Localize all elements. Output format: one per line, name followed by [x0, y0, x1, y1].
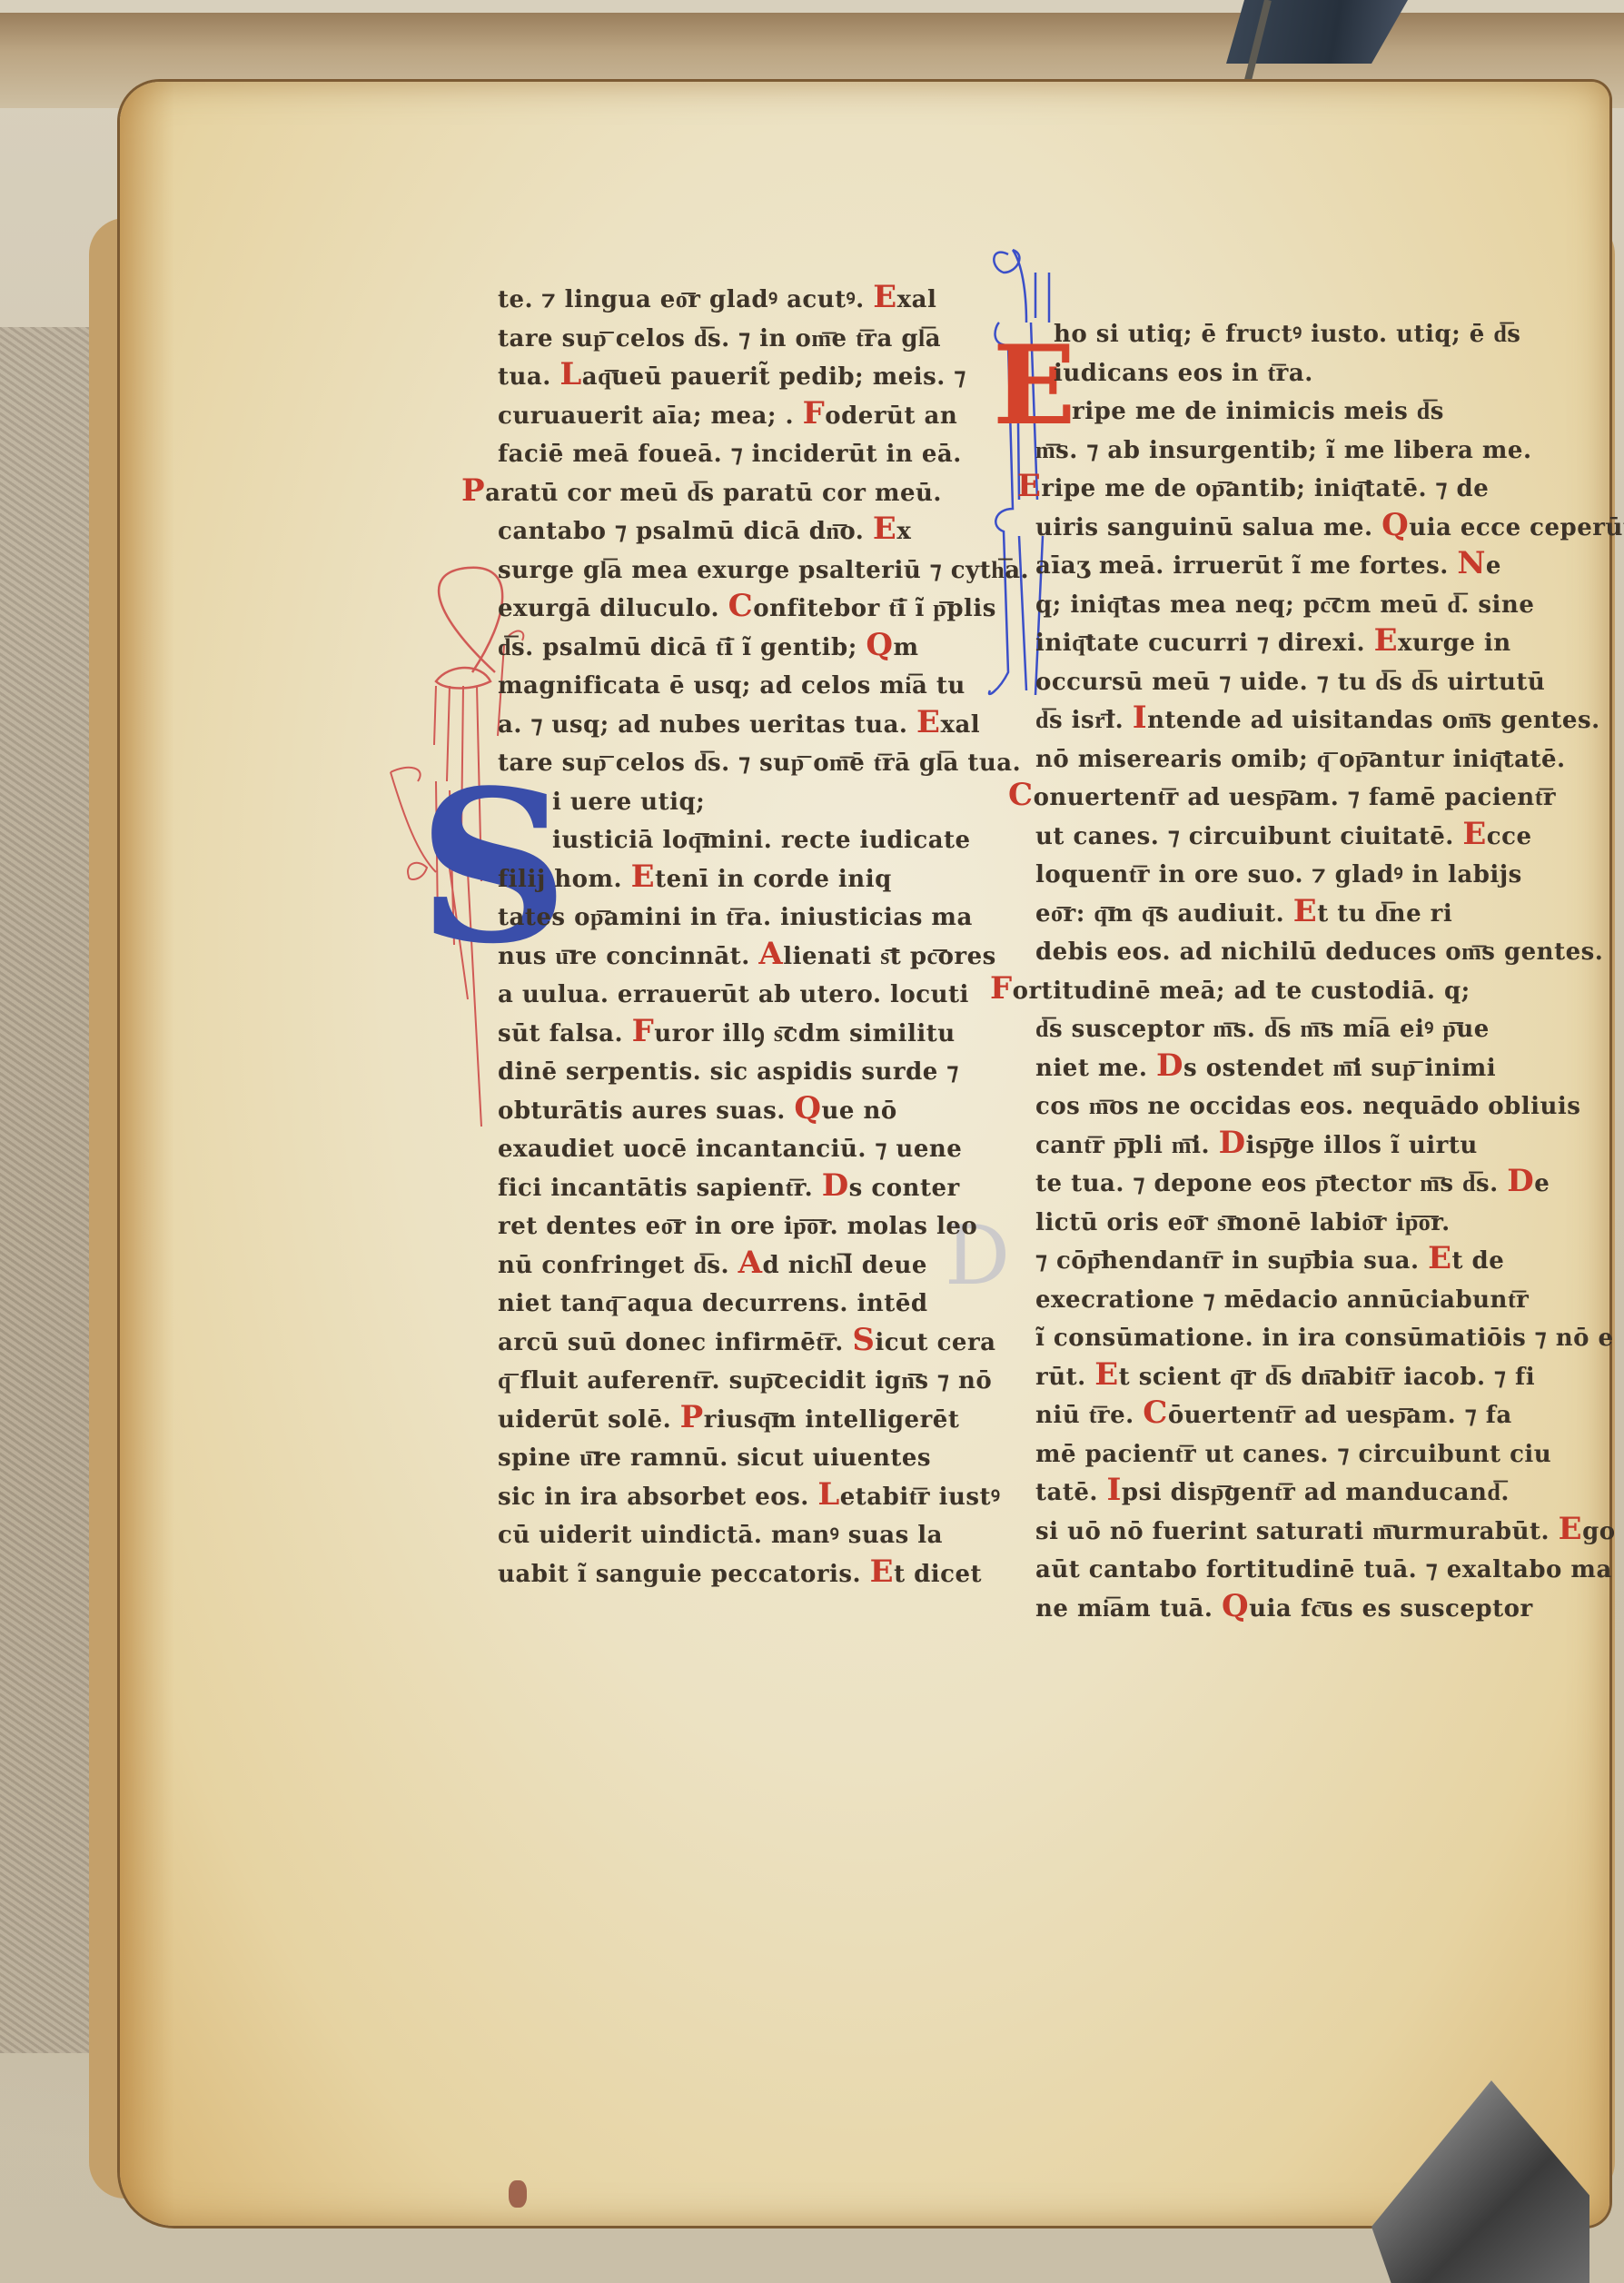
line-text: ret dentes eo͞r in ore ip͞o͞r. molas leo: [498, 1213, 977, 1240]
line-text: arcū suū donec infirmēt͞r.: [498, 1329, 852, 1356]
line-text: nus u͞re concinnāt.: [498, 943, 758, 970]
rubricated-initial: I: [1107, 1472, 1122, 1508]
text-line: niū t͞re. Cōuertent͞r ad uesp͞am. ⁊ fa: [1035, 1399, 1512, 1429]
text-line: aūt cantabo fortitudinē tuā. ⁊ exaltabo …: [1035, 1553, 1612, 1583]
rubricated-initial: E: [870, 1553, 894, 1590]
text-line: sic in ira absorbet eos. Letabit͞r iustꝰ: [498, 1481, 1000, 1511]
line-text: iusticiā loq͞mini. recte iudicate: [552, 827, 971, 854]
rubricated-initial: P: [680, 1399, 704, 1435]
text-line: Conuertent͞r ad uesp͞am. ⁊ famē pacient͞…: [1008, 781, 1556, 811]
text-line: rūt. Et scient q͞r d͞s dn͞abit͞r iacob. …: [1035, 1361, 1535, 1391]
rubricated-initial: L: [817, 1476, 839, 1513]
text-line: nō miserearis omib; q͞ op͞antur iniq͞tat…: [1035, 743, 1566, 773]
text-line: faciē meā foueā. ⁊ inciderūt in eā.: [498, 438, 962, 468]
line-text: cos m͞os ne occidas eos. nequādo obliuis: [1035, 1093, 1580, 1120]
rubricated-initial: F: [632, 1013, 655, 1049]
line-text: lienati s͞t pc͞ores: [783, 943, 996, 970]
text-line: ut canes. ⁊ circuibunt ciuitatē. Ecce: [1035, 820, 1532, 850]
line-text: obturātis aures suas.: [498, 1097, 794, 1125]
text-line: d͞s susceptor m͞s. d͞s m͞s mi͞a eiꝰ p͞ue: [1035, 1013, 1490, 1043]
text-line: sūt falsa. Furor illꝯ s͞cdm similitu: [498, 1017, 956, 1047]
rubricated-initial: S: [852, 1322, 875, 1358]
line-text: nū confringet d͞s.: [498, 1252, 738, 1279]
text-line: surge gl͞a mea exurge psalteriū ⁊ cyth͞a…: [498, 554, 1029, 584]
ink-stain: [509, 2180, 527, 2208]
line-text: e: [1534, 1170, 1550, 1197]
line-text: ho si utiq; ē fructꝰ iusto. utiq; ē d͞s: [1054, 321, 1520, 348]
line-text: a uulua. errauerūt ab utero. locuti: [498, 981, 969, 1008]
text-line: niet me. Ds ostendet m͞i sup͞ inimi: [1035, 1052, 1496, 1082]
line-text: surge gl͞a mea exurge psalteriū ⁊ cyth͞a…: [498, 557, 1029, 584]
line-text: d͞s susceptor m͞s. d͞s m͞s mi͞a eiꝰ p͞ue: [1035, 1016, 1490, 1043]
text-line: eo͞r: q͞m q͞s audiuit. Et tu d͞ne ri: [1035, 898, 1452, 928]
text-line: uabit ĩ sanguie peccatoris. Et dicet: [498, 1558, 982, 1588]
rubricated-initial: D: [822, 1167, 849, 1204]
text-line: Fortitudinē meā; ad te custodiā. q;: [990, 975, 1471, 1005]
line-text: sūt falsa.: [498, 1020, 632, 1047]
rubricated-initial: F: [803, 395, 826, 432]
text-line: loquent͞r in ore suo. ⁊ gladꝰ in labijs: [1035, 859, 1522, 888]
line-text: tates op͞amini in t͞ra. iniusticias ma: [498, 904, 973, 931]
text-line: te. ⁊ lingua eo͞r gladꝰ acutꝰ. Exal: [498, 283, 936, 313]
text-line: q͞ fluit auferent͞r. sup͞cecidit ign͞s ⁊…: [498, 1365, 992, 1395]
text-line: execratione ⁊ mēdacio annūciabunt͞r: [1035, 1284, 1529, 1314]
right-text-column: ho si utiq; ē fructꝰ iusto. utiq; ē d͞si…: [1035, 318, 1526, 1635]
line-text: curuauerit aīa; mea; .: [498, 402, 803, 430]
line-text: d nich͞l deue: [762, 1252, 926, 1279]
text-line: a. ⁊ usq; ad nubes ueritas tua. Exal: [498, 709, 980, 739]
line-text: mē pacient͞r ut canes. ⁊ circuibunt ciu: [1035, 1441, 1551, 1468]
line-text: iniq͞tate cucurri ⁊ direxi.: [1035, 630, 1374, 657]
rubricated-initial: E: [916, 704, 940, 740]
line-text: tare sup͞ celos d͞s. ⁊ sup͞ om͞ē t͞rā gl…: [498, 749, 1021, 777]
text-line: occursū meū ⁊ uide. ⁊ tu d͞s d͞s uirtutū: [1035, 666, 1545, 696]
rubricated-initial: F: [990, 970, 1013, 1007]
line-text: psi disp͞gent͞r ad manducand͞.: [1122, 1479, 1510, 1506]
line-text: s conter: [849, 1175, 960, 1202]
line-text: d͞s. psalmū dicā t͞i ĩ gentib;: [498, 634, 866, 661]
rubricated-initial: C: [1008, 777, 1034, 813]
text-line: exaudiet uocē incantanciū. ⁊ uene: [498, 1133, 962, 1163]
rubricated-initial: A: [758, 936, 783, 972]
line-text: aīaʒ meā. irruerūt ĩ me fortes.: [1035, 552, 1457, 580]
text-line: filij hom. Etenī in corde iniq: [498, 863, 892, 893]
line-text: xurge in: [1398, 630, 1511, 657]
text-line: tare sup͞ celos d͞s. ⁊ sup͞ om͞ē t͞rā gl…: [498, 747, 1021, 777]
text-line: q; iniq͞tas mea neq; pc͞cm meū d͞. sine: [1035, 589, 1534, 619]
rubricated-initial: E: [873, 511, 896, 547]
line-text: fici incantātis sapient͞r.: [498, 1175, 822, 1202]
text-line: ret dentes eo͞r in ore ip͞o͞r. molas leo: [498, 1210, 977, 1240]
text-line: d͞s isr͞l. Intende ad uisitandas om͞s ge…: [1035, 704, 1600, 734]
line-text: si uō nō fuerint saturati m͞urmurabūt.: [1035, 1518, 1559, 1545]
rubricated-initial: E: [1374, 622, 1398, 659]
line-text: te. ⁊ lingua eo͞r gladꝰ acutꝰ.: [498, 286, 873, 313]
line-text: uror illꝯ s͞cdm similitu: [654, 1020, 955, 1047]
line-text: xal: [940, 711, 980, 739]
line-text: uiderūt solē.: [498, 1406, 680, 1434]
text-line: spine u͞re ramnū. sicut uiuentes: [498, 1442, 931, 1472]
line-text: cant͞r p͞pli m͞i.: [1035, 1132, 1219, 1159]
rubricated-initial: D: [1156, 1047, 1183, 1084]
rubricated-initial: A: [738, 1245, 763, 1281]
rubricated-initial: E: [1462, 816, 1486, 852]
line-text: aūt cantabo fortitudinē tuā. ⁊ exaltabo …: [1035, 1556, 1612, 1583]
line-text: iudicans eos in t͞ra.: [1054, 360, 1313, 387]
rubricated-initial: P: [461, 472, 485, 509]
text-line: Paratū cor meū d͞s paratū cor meū.: [461, 477, 942, 507]
line-text: niet me.: [1035, 1055, 1156, 1082]
text-line: m͞s. ⁊ ab insurgentib; ĩ me libera me.: [1035, 434, 1532, 464]
rubricated-initial: E: [631, 859, 655, 895]
text-line: ⁊ cōp͞hendant͞r in sup͞bia sua. Et de: [1035, 1245, 1504, 1275]
line-text: tua.: [498, 363, 559, 391]
line-text: d͞s isr͞l.: [1035, 707, 1133, 734]
line-text: ōuertent͞r ad uesp͞am. ⁊ fa: [1168, 1402, 1512, 1429]
rubricated-initial: E: [1559, 1511, 1582, 1547]
line-text: eo͞r: q͞m q͞s audiuit.: [1035, 900, 1293, 928]
line-text: tatē.: [1035, 1479, 1107, 1506]
line-text: t de: [1452, 1247, 1505, 1275]
line-text: t tu d͞ne ri: [1317, 900, 1452, 928]
line-text: faciē meā foueā. ⁊ inciderūt in eā.: [498, 441, 962, 468]
binding-board-left: [0, 327, 100, 2053]
text-line: cos m͞os ne occidas eos. nequādo obliuis: [1035, 1090, 1580, 1120]
line-text: uabit ĩ sanguie peccatoris.: [498, 1561, 870, 1588]
line-text: ut canes. ⁊ circuibunt ciuitatē.: [1035, 823, 1462, 850]
line-text: aq͞ueū pauerit̃ pedib; meis. ⁊: [582, 363, 966, 391]
rubricated-initial: L: [559, 356, 581, 392]
text-line: niet tanq͞ aqua decurrens. intēd: [498, 1287, 928, 1317]
text-line: nū confringet d͞s. Ad nich͞l deue: [498, 1249, 927, 1279]
line-text: cū uiderit uindictā. manꝰ suas la: [498, 1522, 943, 1549]
text-line: si uō nō fuerint saturati m͞urmurabūt. E…: [1035, 1515, 1616, 1545]
line-text: magnificata ē usq; ad celos mi͞a tu: [498, 672, 965, 700]
line-text: go: [1582, 1518, 1616, 1545]
line-text: q; iniq͞tas mea neq; pc͞cm meū d͞. sine: [1035, 591, 1534, 619]
line-text: niū t͞re.: [1035, 1402, 1143, 1429]
rubricated-initial: E: [1293, 893, 1317, 929]
rubricated-initial: E: [873, 279, 896, 315]
text-line: iusticiā loq͞mini. recte iudicate: [552, 824, 971, 854]
text-line: cant͞r p͞pli m͞i. Disp͞ge illos ĩ uirtu: [1035, 1129, 1478, 1159]
line-text: e: [1486, 552, 1501, 580]
rubricated-initial: C: [1143, 1395, 1168, 1431]
rubricated-initial: Q: [794, 1090, 821, 1127]
text-line: tare sup͞ celos d͞s. ⁊ in om͞e t͞ra gl͞a: [498, 323, 941, 352]
text-line: Eripe me de op͞antib; iniq͞tatē. ⁊ de: [1017, 472, 1489, 502]
line-text: ortitudinē meā; ad te custodiā. q;: [1013, 978, 1471, 1005]
text-line: i uere utiq;: [552, 786, 705, 816]
line-text: t scient q͞r d͞s dn͞abit͞r iacob. ⁊ fi: [1119, 1364, 1535, 1391]
rubricated-initial: I: [1133, 700, 1147, 736]
line-text: tenī in corde iniq: [655, 866, 892, 893]
line-text: lictū oris eo͞r s͞monē labio͞r ip͞o͞r.: [1035, 1209, 1451, 1236]
text-line: nus u͞re concinnāt. Alienati s͞t pc͞ores: [498, 940, 996, 970]
line-text: s ostendet m͞i sup͞ inimi: [1183, 1055, 1496, 1082]
line-text: isp͞ge illos ĩ uirtu: [1246, 1132, 1478, 1159]
text-line: uiderūt solē. Priusq͞m intelligerēt: [498, 1404, 959, 1434]
line-text: dinē serpentis. sic aspidis surde ⁊: [498, 1058, 959, 1086]
left-text-column: te. ⁊ lingua eo͞r gladꝰ acutꝰ. Exaltare …: [498, 283, 970, 1610]
text-line: lictū oris eo͞r s͞monē labio͞r ip͞o͞r.: [1035, 1206, 1451, 1236]
line-text: tare sup͞ celos d͞s. ⁊ in om͞e t͞ra gl͞a: [498, 325, 941, 352]
line-text: ĩ consūmatione. in ira consūmatiōis ⁊ nō…: [1035, 1325, 1614, 1352]
line-text: ripe me de op͞antib; iniq͞tatē. ⁊ de: [1041, 475, 1489, 502]
line-text: te tua. ⁊ depone eos p͞tector m͞s d͞s.: [1035, 1170, 1507, 1197]
text-line: ĩ consūmatione. in ira consūmatiōis ⁊ nō…: [1035, 1322, 1614, 1352]
line-text: niet tanq͞ aqua decurrens. intēd: [498, 1290, 928, 1317]
text-line: ho si utiq; ē fructꝰ iusto. utiq; ē d͞s: [1054, 318, 1520, 348]
rubricated-initial: N: [1457, 545, 1486, 581]
text-line: fici incantātis sapient͞r. Ds conter: [498, 1172, 960, 1202]
text-line: magnificata ē usq; ad celos mi͞a tu: [498, 670, 965, 700]
line-text: uia fc͞us es susceptor: [1249, 1595, 1533, 1623]
text-line: obturātis aures suas. Que nō: [498, 1095, 897, 1125]
rubricated-initial: C: [728, 588, 754, 624]
line-text: ntende ad uisitandas om͞s gentes.: [1147, 707, 1600, 734]
text-line: tua. Laq͞ueū pauerit̃ pedib; meis. ⁊: [498, 361, 966, 391]
text-line: te tua. ⁊ depone eos p͞tector m͞s d͞s. D…: [1035, 1167, 1550, 1197]
text-line: uiris sanguinū salua me. Quia ecce ceper…: [1035, 511, 1624, 541]
rubricated-initial: Q: [1381, 507, 1409, 543]
text-line: debis eos. ad nichilū deduces om͞s gente…: [1035, 936, 1603, 966]
text-line: aīaʒ meā. irruerūt ĩ me fortes. Ne: [1035, 550, 1501, 580]
line-text: onfitebor t͞i ĩ p͞plis: [753, 595, 996, 622]
line-text: cantabo ⁊ psalmū dicā dn͞o.: [498, 518, 873, 545]
line-text: ue nō: [822, 1097, 897, 1125]
line-text: q͞ fluit auferent͞r. sup͞cecidit ign͞s ⁊…: [498, 1367, 992, 1395]
line-text: spine u͞re ramnū. sicut uiuentes: [498, 1444, 931, 1472]
line-text: x: [896, 518, 911, 545]
line-text: exurgā diluculo.: [498, 595, 728, 622]
line-text: loquent͞r in ore suo. ⁊ gladꝰ in labijs: [1035, 861, 1522, 888]
line-text: xal: [897, 286, 937, 313]
line-text: uia ecce ceperūt: [1409, 514, 1624, 541]
line-text: onuertent͞r ad uesp͞am. ⁊ famē pacient͞r: [1034, 784, 1556, 811]
line-text: ne mi͞am tuā.: [1035, 1595, 1222, 1623]
line-text: occursū meū ⁊ uide. ⁊ tu d͞s d͞s uirtutū: [1035, 669, 1545, 696]
text-line: tatē. Ipsi disp͞gent͞r ad manducand͞.: [1035, 1476, 1510, 1506]
line-text: ⁊ cōp͞hendant͞r in sup͞bia sua.: [1035, 1247, 1428, 1275]
text-line: exurgā diluculo. Confitebor t͞i ĩ p͞plis: [498, 592, 996, 622]
text-line: mē pacient͞r ut canes. ⁊ circuibunt ciu: [1035, 1438, 1551, 1468]
line-text: aratū cor meū d͞s paratū cor meū.: [485, 480, 942, 507]
leaf-edge-stain: [120, 82, 174, 2226]
line-text: a. ⁊ usq; ad nubes ueritas tua.: [498, 711, 916, 739]
text-line: curuauerit aīa; mea; . Foderūt an: [498, 400, 957, 430]
line-text: oderūt an: [825, 402, 957, 430]
text-line: ripe me de inimicis meis d͞s: [1072, 395, 1444, 425]
text-line: ne mi͞am tuā. Quia fc͞us es susceptor: [1035, 1593, 1533, 1623]
text-line: cū uiderit uindictā. manꝰ suas la: [498, 1519, 943, 1549]
line-text: rūt.: [1035, 1364, 1094, 1391]
text-line: tates op͞amini in t͞ra. iniusticias ma: [498, 901, 973, 931]
rubricated-initial: E: [1428, 1240, 1451, 1276]
text-line: cantabo ⁊ psalmū dicā dn͞o. Ex: [498, 515, 911, 545]
line-text: uiris sanguinū salua me.: [1035, 514, 1381, 541]
line-text: cce: [1487, 823, 1532, 850]
text-line: a uulua. errauerūt ab utero. locuti: [498, 978, 969, 1008]
line-text: execratione ⁊ mēdacio annūciabunt͞r: [1035, 1286, 1529, 1314]
line-text: riusq͞m intelligerēt: [704, 1406, 960, 1434]
rubricated-initial: Q: [1222, 1588, 1249, 1624]
rubricated-initial: D: [1507, 1163, 1534, 1199]
line-text: t dicet: [894, 1561, 982, 1588]
line-text: exaudiet uocē incantanciū. ⁊ uene: [498, 1136, 962, 1163]
line-text: i uere utiq;: [552, 789, 705, 816]
line-text: m: [893, 634, 918, 661]
line-text: m͞s. ⁊ ab insurgentib; ĩ me libera me.: [1035, 437, 1532, 464]
line-text: filij hom.: [498, 866, 631, 893]
line-text: sic in ira absorbet eos.: [498, 1484, 817, 1511]
line-text: nō miserearis omib; q͞ op͞antur iniq͞tat…: [1035, 746, 1566, 773]
text-line: dinē serpentis. sic aspidis surde ⁊: [498, 1056, 959, 1086]
rubricated-initial: Q: [866, 627, 893, 663]
line-text: debis eos. ad nichilū deduces om͞s gente…: [1035, 938, 1603, 966]
text-line: d͞s. psalmū dicā t͞i ĩ gentib; Qm: [498, 631, 919, 661]
text-line: iudicans eos in t͞ra.: [1054, 357, 1313, 387]
rubricated-initial: E: [1094, 1356, 1118, 1393]
text-line: iniq͞tate cucurri ⁊ direxi. Exurge in: [1035, 627, 1511, 657]
line-text: icut cera: [875, 1329, 995, 1356]
rubricated-initial: D: [1219, 1125, 1246, 1161]
line-text: etabit͞r iustꝰ: [840, 1484, 1001, 1511]
text-line: arcū suū donec infirmēt͞r. Sicut cera: [498, 1326, 996, 1356]
rubricated-initial: E: [1017, 468, 1041, 504]
line-text: ripe me de inimicis meis d͞s: [1072, 398, 1444, 425]
